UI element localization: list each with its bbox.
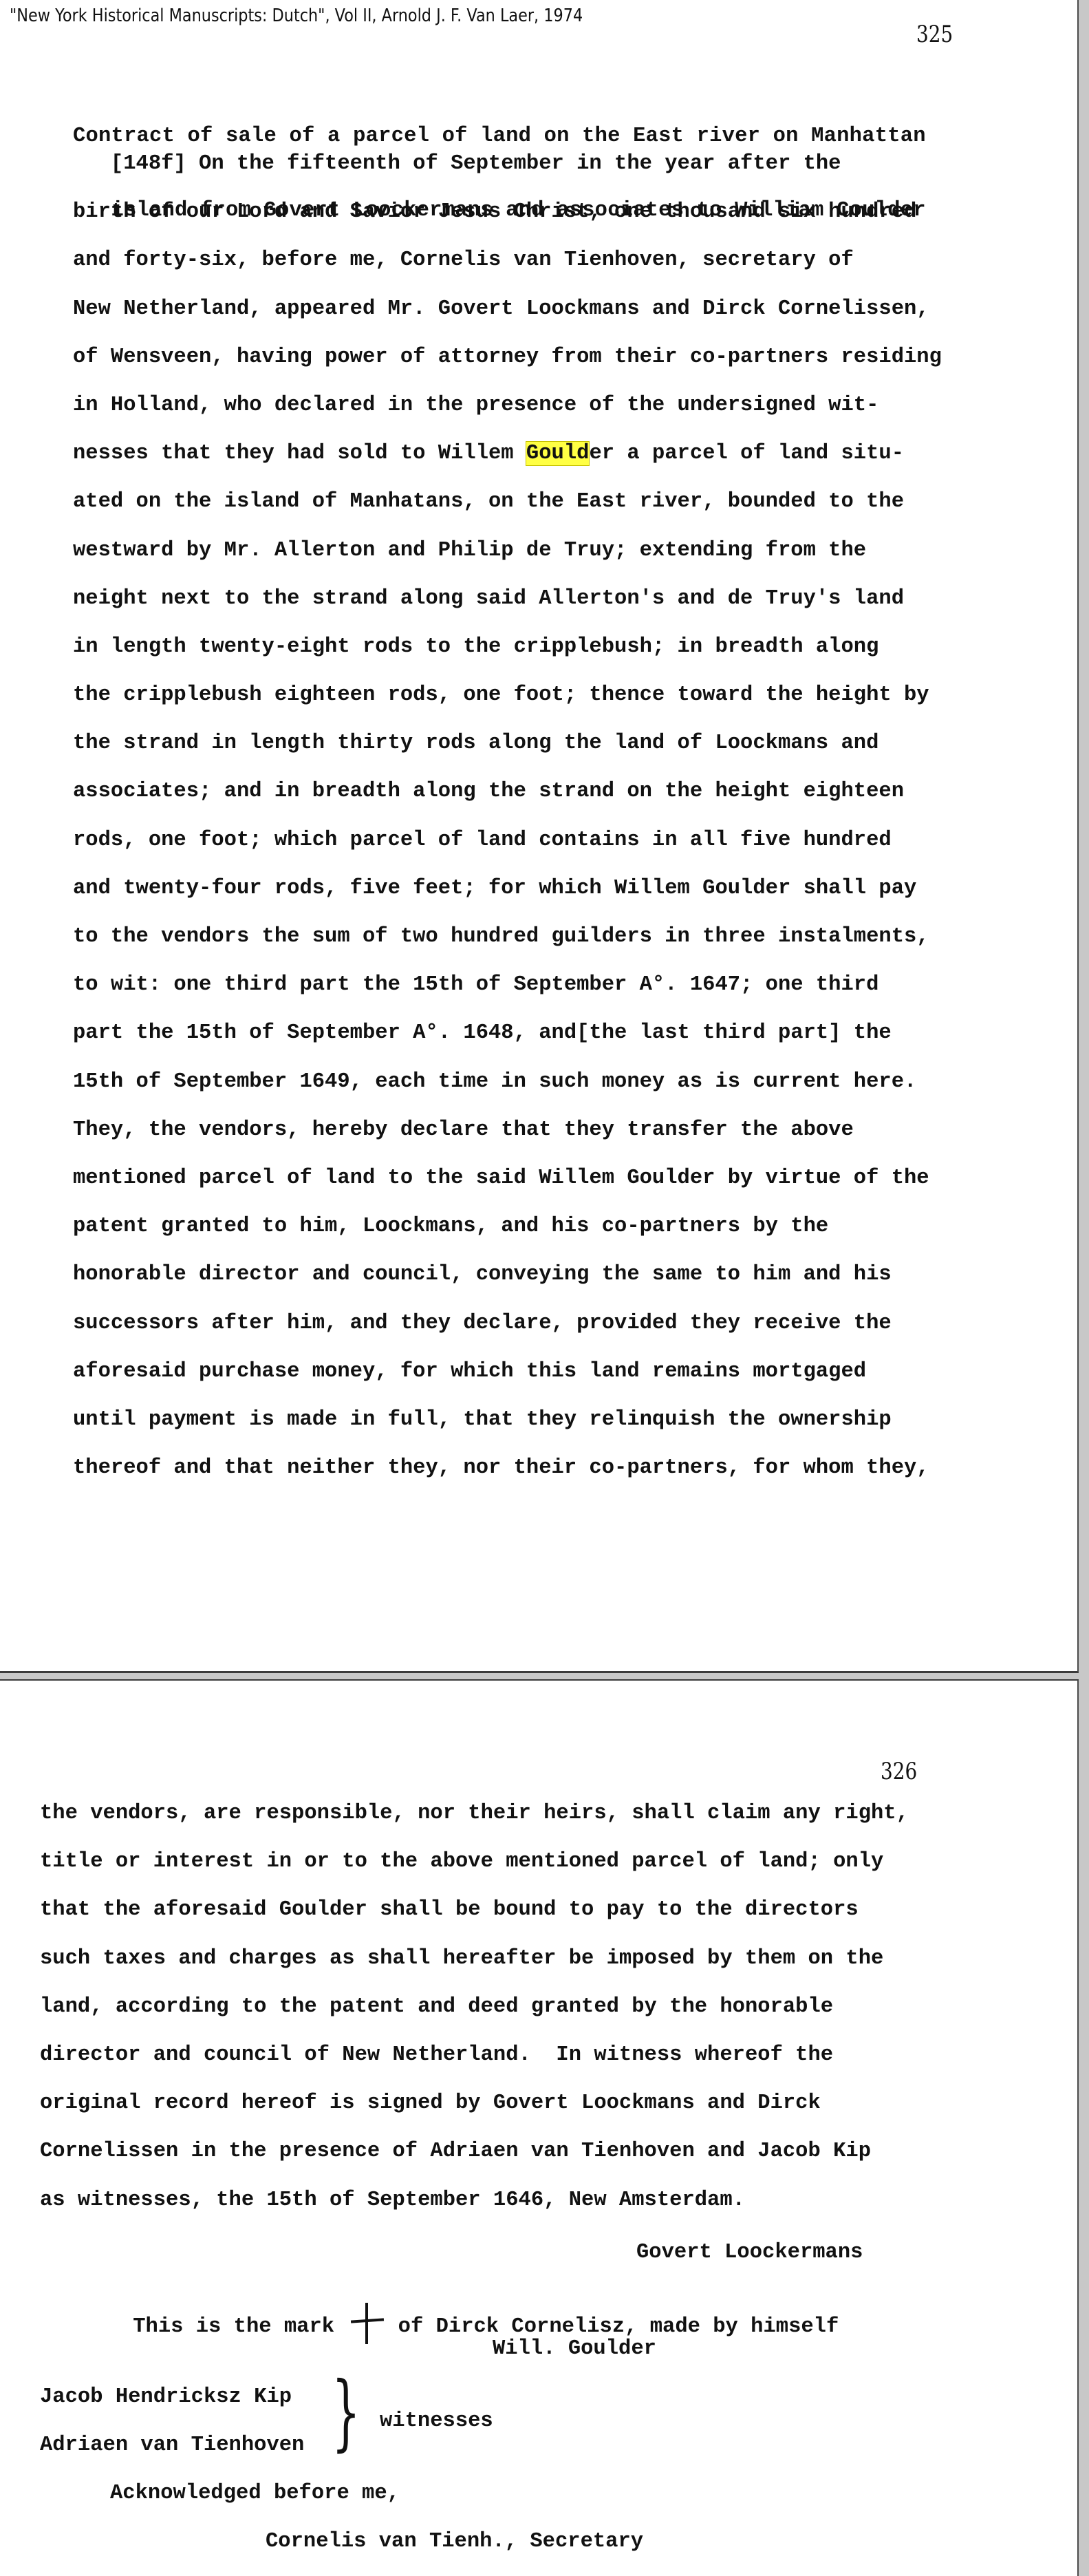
mark-line: This is the mark of Dirck Cornelisz, mad…: [83, 2289, 839, 2363]
text-line: land, according to the patent and deed g…: [40, 1983, 909, 2031]
page-326: 326 the vendors, are responsible, nor th…: [0, 1679, 1079, 2576]
mark-text-after: of Dirck Cornelisz, made by himself: [385, 2315, 839, 2339]
text-line: honorable director and council, conveyin…: [73, 1250, 942, 1299]
text-line: title or interest in or to the above men…: [40, 1838, 909, 1886]
page-number: 326: [881, 1758, 917, 1785]
text-line: that the aforesaid Goulder shall be boun…: [40, 1886, 909, 1934]
mark-text-before: This is the mark: [133, 2315, 347, 2339]
page-number: 325: [916, 21, 953, 48]
text-line: to wit: one third part the 15th of Septe…: [73, 961, 942, 1009]
text-line: the vendors, are responsible, nor their …: [40, 1789, 909, 1838]
text-line: until payment is made in full, that they…: [73, 1396, 942, 1444]
witness-name: Adriaen van Tienhoven: [40, 2434, 304, 2457]
text-line: thereof and that neither they, nor their…: [73, 1444, 942, 1492]
text-line: birth of our Lord and Savior Jesus Chris…: [73, 188, 942, 236]
text-line: New Netherland, appeared Mr. Govert Looc…: [73, 285, 942, 333]
text-line: the cripplebush eighteen rods, one foot;…: [73, 671, 942, 719]
text-line: of Wensveen, having power of attorney fr…: [73, 333, 942, 381]
text-line: mentioned parcel of land to the said Wil…: [73, 1154, 942, 1202]
text-line: in Holland, who declared in the presence…: [73, 381, 942, 429]
acknowledgement: Acknowledged before me,: [110, 2482, 400, 2505]
text-line: the strand in length thirty rods along t…: [73, 719, 942, 767]
cross-mark-icon: [347, 2312, 385, 2340]
text-line: director and council of New Netherland. …: [40, 2031, 909, 2079]
text-line: ated on the island of Manhatans, on the …: [73, 478, 942, 526]
text-line: in length twenty-eight rods to the cripp…: [73, 623, 942, 671]
witness-name: Jacob Hendricksz Kip: [40, 2385, 292, 2409]
text-line: aforesaid purchase money, for which this…: [73, 1348, 942, 1396]
text-line: nesses that they had sold to Willem Goul…: [73, 429, 942, 478]
text-line: patent granted to him, Loockmans, and hi…: [73, 1202, 942, 1250]
text-line: and twenty-four rods, five feet; for whi…: [73, 864, 942, 913]
text-line: and forty-six, before me, Cornelis van T…: [73, 236, 942, 284]
text-line: [148f] On the fifteenth of September in …: [73, 140, 942, 188]
text-line: as witnesses, the 15th of September 1646…: [40, 2176, 909, 2224]
text-line: 15th of September 1649, each time in suc…: [73, 1058, 942, 1106]
text-line: westward by Mr. Allerton and Philip de T…: [73, 526, 942, 575]
page-325: "New York Historical Manuscripts: Dutch"…: [0, 0, 1079, 1673]
search-highlight: Gould: [526, 442, 590, 465]
text-line: successors after him, and they declare, …: [73, 1299, 942, 1348]
body-text: the vendors, are responsible, nor their …: [40, 1789, 909, 2224]
secretary-signature: Cornelis van Tienh., Secretary: [266, 2530, 643, 2553]
source-citation: "New York Historical Manuscripts: Dutch"…: [10, 6, 583, 26]
text-line: neight next to the strand along said All…: [73, 575, 942, 623]
body-text: [148f] On the fifteenth of September in …: [73, 140, 942, 1492]
signature-loockermans: Govert Loockermans: [636, 2241, 863, 2264]
text-line: They, the vendors, hereby declare that t…: [73, 1106, 942, 1154]
text-line: rods, one foot; which parcel of land con…: [73, 816, 942, 864]
text-line: associates; and in breadth along the str…: [73, 767, 942, 816]
text-line: to the vendors the sum of two hundred gu…: [73, 913, 942, 961]
text-line: such taxes and charges as shall hereafte…: [40, 1935, 909, 1983]
text-line: original record hereof is signed by Gove…: [40, 2079, 909, 2127]
text-line: Cornelissen in the presence of Adriaen v…: [40, 2127, 909, 2175]
brace-icon: }: [332, 2372, 360, 2454]
witnesses-label: witnesses: [380, 2409, 493, 2433]
text-line: part the 15th of September A°. 1648, and…: [73, 1009, 942, 1057]
signature-goulder: Will. Goulder: [493, 2337, 656, 2361]
